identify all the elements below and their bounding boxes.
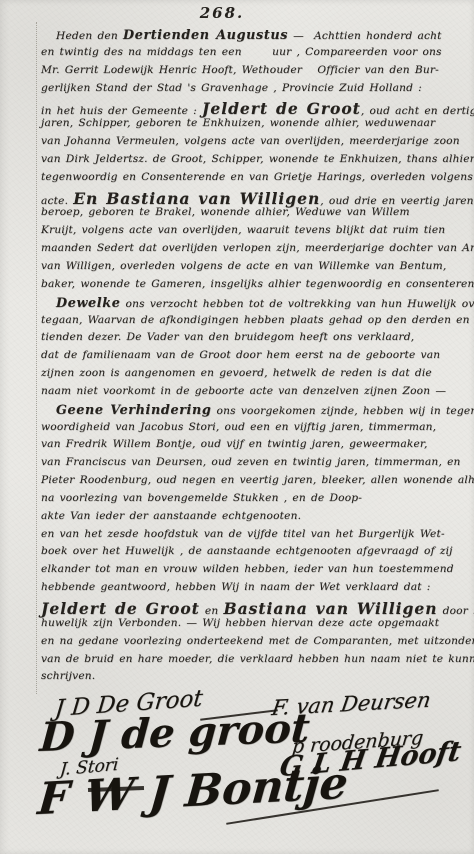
line-segment: van Dirk Jeldertsz. de Groot, Schipper, … (41, 153, 474, 165)
text-line: Mr. Gerrit Lodewijk Henric Hooft, Wethou… (41, 64, 469, 82)
line-segment: van Johanna Vermeulen, volgens acte van … (41, 135, 460, 147)
emphasized-name: Bastiana van Willigen (223, 599, 437, 618)
line-segment: , oud drie en veertig jaren, zonder (320, 195, 474, 207)
text-line: tienden dezer. De Vader van den bruidego… (41, 331, 469, 349)
line-segment: jaren, Schipper, geboren te Enkhuizen, w… (41, 117, 435, 129)
line-segment: na voorlezing van bovengemelde Stukken ,… (41, 492, 362, 504)
emphasized-name: Jeldert de Groot (41, 599, 200, 618)
line-segment: Kruijt, volgens acte van overlijden, waa… (41, 224, 445, 236)
line-segment: Mr. Gerrit Lodewijk Henric Hooft, Wethou… (41, 64, 439, 76)
text-line: acte. En Bastiana van Willigen, oud drie… (41, 189, 469, 207)
line-segment: woordigheid van Jacobus Stori, oud een e… (41, 421, 436, 433)
line-segment: gerlijken Stand der Stad 's Gravenhage ,… (41, 82, 422, 94)
signature-dj-de-groot: D J de groot (38, 705, 311, 762)
text-line: na voorlezing van bovengemelde Stukken ,… (41, 492, 469, 510)
line-segment: hebbende geantwoord, hebben Wij in naam … (41, 581, 431, 593)
text-line: Heden den Dertienden Augustus — Achttien… (41, 28, 469, 46)
line-segment: acte. (41, 195, 73, 207)
text-line: elkander tot man en vrouw wilden hebben,… (41, 563, 469, 581)
line-segment: naam niet voorkomt in de geboorte acte v… (41, 385, 446, 397)
line-segment: en (200, 605, 224, 617)
text-line: hebbende geantwoord, hebben Wij in naam … (41, 581, 469, 599)
line-segment: en van het zesde hoofdstuk van de vijfde… (41, 528, 445, 540)
text-line: huwelijk zijn Verbonden. — Wij hebben hi… (41, 617, 469, 635)
line-segment: van Willigen, overleden volgens de acte … (41, 260, 446, 272)
text-line: van Franciscus van Deursen, oud zeven en… (41, 456, 469, 474)
line-segment: ons verzocht hebben tot de voltrekking v… (120, 298, 474, 310)
line-segment: en na gedane voorlezing onderteekend met… (41, 635, 474, 647)
emphasized-name: Jeldert de Groot (202, 99, 361, 118)
text-line: akte Van ieder der aanstaande echtgenoot… (41, 510, 469, 528)
text-line: Dewelke ons verzocht hebben tot de voltr… (41, 296, 469, 314)
text-line: jaren, Schipper, geboren te Enkhuizen, w… (41, 117, 469, 135)
text-line: dat de familienaam van de Groot door hem… (41, 349, 469, 367)
line-segment: huwelijk zijn Verbonden. — Wij hebben hi… (41, 617, 439, 629)
text-line: en na gedane voorlezing onderteekend met… (41, 635, 469, 653)
line-segment: Pieter Roodenburg, oud negen en veertig … (41, 474, 474, 486)
text-line: en van het zesde hoofdstuk van de vijfde… (41, 528, 469, 546)
text-line: beroep, geboren te Brakel, wonende alhie… (41, 206, 469, 224)
line-segment: — Achttien honderd acht (288, 30, 442, 42)
line-segment: door het (438, 605, 474, 617)
line-segment: dat de familienaam van de Groot door hem… (41, 349, 440, 361)
line-segment: akte Van ieder der aanstaande echtgenoot… (41, 510, 301, 522)
line-segment: boek over het Huwelijk , de aanstaande e… (41, 545, 453, 557)
line-segment: tegaan, Waarvan de afkondigingen hebben … (41, 314, 470, 326)
text-line: van de bruid en hare moeder, die verklaa… (41, 653, 469, 671)
act-body: Heden den Dertienden Augustus — Achttien… (41, 28, 469, 688)
text-line: in het huis der Gemeente : Jeldert de Gr… (41, 99, 469, 117)
line-segment: maanden Sedert dat overlijden verlopen z… (41, 242, 474, 254)
act-number: 268. (0, 4, 444, 22)
line-segment: elkander tot man en vrouw wilden hebben,… (41, 563, 454, 575)
line-segment: Geene Verhindering (56, 403, 211, 418)
document-page: 268. Heden den Dertienden Augustus — Ach… (0, 0, 474, 854)
line-segment: tegenwoordig en Consenterende en van Gri… (41, 171, 474, 183)
line-segment: baker, wonende te Gameren, insgelijks al… (41, 278, 474, 290)
line-segment: van Franciscus van Deursen, oud zeven en… (41, 456, 461, 468)
text-line: woordigheid van Jacobus Stori, oud een e… (41, 421, 469, 439)
text-line: Kruijt, volgens acte van overlijden, waa… (41, 224, 469, 242)
line-segment: van Fredrik Willem Bontje, oud vijf en t… (41, 438, 428, 450)
emphasized-name: En Bastiana van Willigen (73, 189, 320, 208)
text-line: van Fredrik Willem Bontje, oud vijf en t… (41, 438, 469, 456)
text-line: Jeldert de Groot en Bastiana van Willige… (41, 599, 469, 617)
text-line: van Dirk Jeldertsz. de Groot, Schipper, … (41, 153, 469, 171)
line-segment: schrijven. (41, 670, 95, 682)
text-line: en twintig des na middags ten een uur , … (41, 46, 469, 64)
text-line: naam niet voorkomt in de geboorte acte v… (41, 385, 469, 403)
line-segment: beroep, geboren te Brakel, wonende alhie… (41, 206, 410, 218)
line-segment: ons voorgekomen zijnde, hebben wij in te… (211, 405, 474, 417)
text-line: zijnen zoon is aangenomen en gevoerd, he… (41, 367, 469, 385)
line-segment: in het huis der Gemeente : (41, 105, 202, 117)
line-segment: Dewelke (56, 296, 120, 311)
text-line: van Johanna Vermeulen, volgens acte van … (41, 135, 469, 153)
line-segment: van de bruid en hare moeder, die verklaa… (41, 653, 474, 665)
text-line: schrijven. (41, 670, 469, 688)
text-line: van Willigen, overleden volgens de acte … (41, 260, 469, 278)
text-line: tegaan, Waarvan de afkondigingen hebben … (41, 314, 469, 332)
text-line: maanden Sedert dat overlijden verlopen z… (41, 242, 469, 260)
line-segment: Heden den (56, 30, 123, 42)
text-line: Pieter Roodenburg, oud negen en veertig … (41, 474, 469, 492)
text-line: tegenwoordig en Consenterende en van Gri… (41, 171, 469, 189)
line-segment: tienden dezer. De Vader van den bruidego… (41, 331, 414, 343)
text-line: Geene Verhindering ons voorgekomen zijnd… (41, 403, 469, 421)
text-line: baker, wonende te Gameren, insgelijks al… (41, 278, 469, 296)
text-line: boek over het Huwelijk , de aanstaande e… (41, 545, 469, 563)
line-segment: en twintig des na middags ten een uur , … (41, 46, 442, 58)
line-segment: , oud acht en dertig (361, 105, 474, 117)
line-segment: zijnen zoon is aangenomen en gevoerd, he… (41, 367, 432, 379)
text-line: gerlijken Stand der Stad 's Gravenhage ,… (41, 82, 469, 100)
line-segment: Dertienden Augustus (123, 28, 288, 43)
left-margin-rule (36, 22, 37, 694)
